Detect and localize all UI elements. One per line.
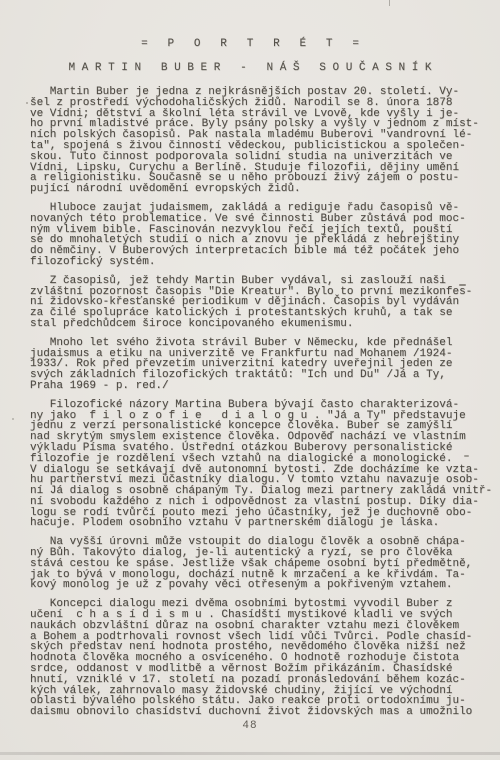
scan-artifact-speck — [12, 418, 14, 420]
paragraph-6: Na vyšší úrovni může vstoupit do dialogu… — [30, 537, 500, 591]
paragraph-7: Koncepci dialogu mezi dvěma osobními byt… — [30, 599, 500, 718]
section-kicker: = P O R T R É T = — [0, 39, 500, 50]
paragraph-5: Filozofické názory Martina Bubera bývají… — [30, 400, 500, 530]
paragraph-3: Z časopisů, jež tehdy Martin Buber vydáv… — [30, 276, 500, 330]
paragraph-4: Mnoho let svého života strávil Buber v N… — [30, 338, 500, 392]
scan-artifact-dash — [459, 284, 466, 286]
article-body: Martin Buber je jedna z nejkrásnějších p… — [30, 87, 500, 718]
page-number: 48 — [0, 720, 500, 732]
scanned-document-page: = P O R T R É T = M A R T I N B U B E R … — [0, 0, 500, 760]
article-title: M A R T I N B U B E R - N Á Š S O U Č A … — [0, 63, 500, 74]
scan-artifact-tick — [389, 0, 390, 6]
scan-artifact-dash — [464, 455, 469, 457]
paragraph-2: Hluboce zaujat judaismem, zakládá a redi… — [30, 203, 500, 268]
scan-edge-band — [0, 752, 500, 755]
scan-artifact-speck — [26, 102, 28, 104]
paragraph-1: Martin Buber je jedna z nejkrásnějších p… — [30, 87, 500, 195]
